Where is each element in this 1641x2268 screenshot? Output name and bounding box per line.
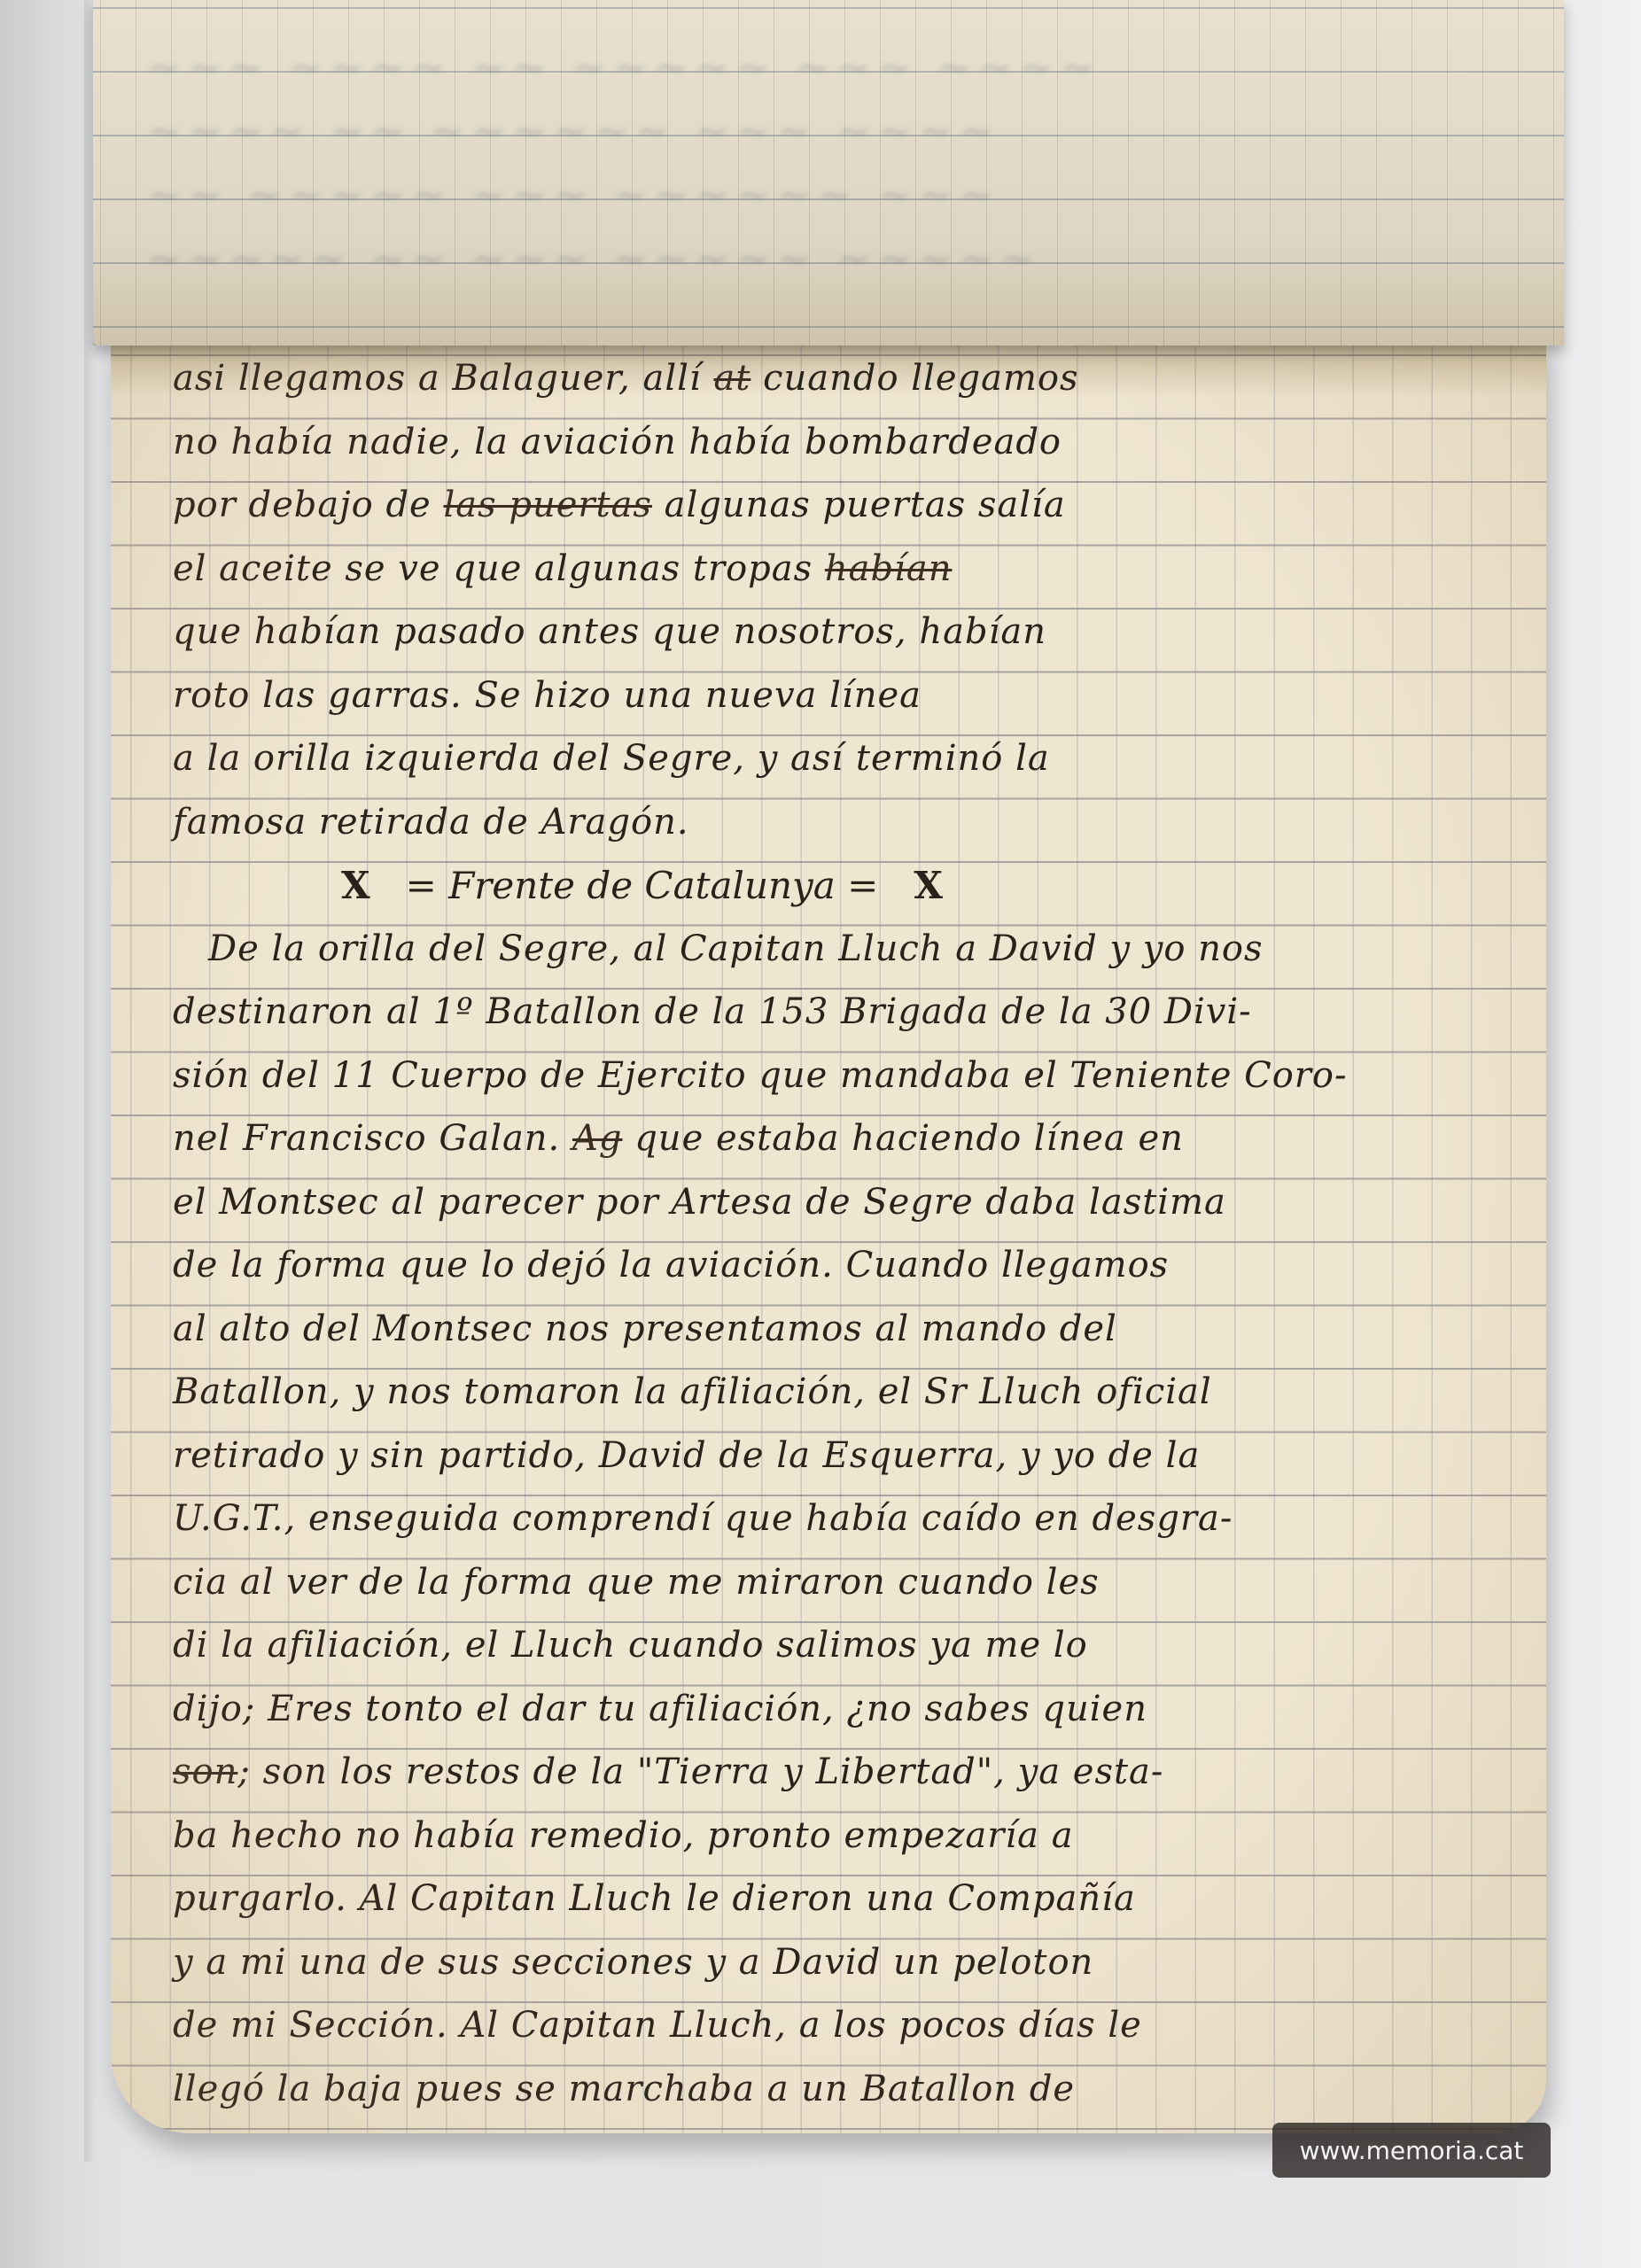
folded-back-page: ~~~ ~~~~ ~~ ~~~~~ ~~~ ~~~~~~~~ ~~ ~~~~~~… xyxy=(93,0,1564,346)
text-line: di la afiliación, el Lluch cuando salimo… xyxy=(173,1614,1520,1678)
struck-word: Ag xyxy=(572,1118,623,1159)
line-text: De la orilla del Segre, al Capitan Lluch… xyxy=(208,928,1264,969)
text-line: son; son los restos de la "Tierra y Libe… xyxy=(173,1741,1520,1805)
line-text: Batallon, y nos tomaron la afiliación, e… xyxy=(173,1371,1212,1412)
line-text: sión del 11 Cuerpo de Ejercito que manda… xyxy=(173,1055,1348,1096)
line-text: el Montsec al parecer por Artesa de Segr… xyxy=(173,1182,1226,1223)
line-text: de la forma que lo dejó la aviación. Cua… xyxy=(173,1245,1169,1285)
line-text: por debajo de xyxy=(173,485,443,525)
line-text: el aceite se ve que algunas tropas xyxy=(173,548,825,589)
text-line: roto las garras. Se hizo una nueva línea xyxy=(173,664,1520,728)
notebook-page: asi llegamos a Balaguer, allí at cuando … xyxy=(111,335,1546,2133)
watermark-text: www.memoria.cat xyxy=(1300,2136,1524,2165)
text-line: famosa retirada de Aragón. xyxy=(173,791,1520,855)
struck-word: las puertas xyxy=(443,485,652,525)
cross-mark-icon: X xyxy=(341,864,370,907)
reverse-side-ghost-text: ~~~ ~~~~ ~~ ~~~~~ ~~~ ~~~~~~~~ ~~ ~~~~~~… xyxy=(146,35,1528,291)
line-text: destinaron al 1º Batallon de la 153 Brig… xyxy=(173,991,1252,1032)
line-text: ba hecho no había remedio, pronto empeza… xyxy=(173,1815,1074,1856)
text-line: dijo; Eres tonto el dar tu afiliación, ¿… xyxy=(173,1678,1520,1742)
text-line: el aceite se ve que algunas tropas había… xyxy=(173,538,1520,602)
text-line: Batallon, y nos tomaron la afiliación, e… xyxy=(173,1361,1520,1425)
line-text: llegó la baja pues se marchaba a un Bata… xyxy=(173,2069,1075,2109)
line-text: roto las garras. Se hizo una nueva línea xyxy=(173,675,922,716)
line-text: purgarlo. Al Capitan Lluch le dieron una… xyxy=(173,1878,1136,1919)
line-text-continued: que estaba haciendo línea en xyxy=(622,1118,1183,1159)
line-text: nel Francisco Galan. xyxy=(173,1118,572,1159)
text-line: ba hecho no había remedio, pronto empeza… xyxy=(173,1805,1520,1868)
text-line: retirado y sin partido, David de la Esqu… xyxy=(173,1425,1520,1488)
text-line: de mi Sección. Al Capitan Lluch, a los p… xyxy=(173,1994,1520,2058)
text-line: De la orilla del Segre, al Capitan Lluch… xyxy=(173,918,1520,982)
handwritten-text-block: asi llegamos a Balaguer, allí at cuando … xyxy=(173,356,1520,2130)
watermark-link[interactable]: www.memoria.cat xyxy=(1272,2123,1551,2178)
line-text: U.G.T., enseguida comprendí que había ca… xyxy=(173,1498,1233,1539)
struck-word: habían xyxy=(825,548,953,589)
line-text: asi llegamos a Balaguer, allí xyxy=(173,358,713,399)
line-text: famosa retirada de Aragón. xyxy=(173,802,689,843)
text-line: sión del 11 Cuerpo de Ejercito que manda… xyxy=(173,1045,1520,1108)
text-line: que habían pasado antes que nosotros, ha… xyxy=(173,601,1520,664)
text-line: el Montsec al parecer por Artesa de Segr… xyxy=(173,1171,1520,1235)
text-line: al alto del Montsec nos presentamos al m… xyxy=(173,1298,1520,1362)
line-text-continued: ; son los restos de la "Tierra y Liberta… xyxy=(237,1751,1163,1792)
text-line: destinaron al 1º Batallon de la 153 Brig… xyxy=(173,981,1520,1045)
text-line: purgarlo. Al Capitan Lluch le dieron una… xyxy=(173,1868,1520,1931)
text-line: cia al ver de la forma que me miraron cu… xyxy=(173,1551,1520,1615)
line-text: de mi Sección. Al Capitan Lluch, a los p… xyxy=(173,2005,1142,2046)
line-text-continued: cuando llegamos xyxy=(751,358,1078,399)
text-line: por debajo de las puertas algunas puerta… xyxy=(173,474,1520,538)
line-text: cia al ver de la forma que me miraron cu… xyxy=(173,1562,1100,1603)
struck-word: at xyxy=(713,358,751,399)
line-text: retirado y sin partido, David de la Esqu… xyxy=(173,1435,1200,1476)
line-text: di la afiliación, el Lluch cuando salimo… xyxy=(173,1625,1088,1666)
line-text: dijo; Eres tonto el dar tu afiliación, ¿… xyxy=(173,1689,1147,1729)
text-line: llegó la baja pues se marchaba a un Bata… xyxy=(173,2058,1520,2122)
section-heading: X= Frente de Catalunya =X xyxy=(173,854,1520,918)
text-line: no había nadie, la aviación había bombar… xyxy=(173,411,1520,475)
cross-mark-icon: X xyxy=(914,864,943,907)
line-text: que habían pasado antes que nosotros, ha… xyxy=(173,611,1046,652)
line-text: a la orilla izquierda del Segre, y así t… xyxy=(173,738,1050,779)
line-text: no había nadie, la aviación había bombar… xyxy=(173,422,1062,462)
text-line: asi llegamos a Balaguer, allí at cuando … xyxy=(173,347,1520,411)
line-text: al alto del Montsec nos presentamos al m… xyxy=(173,1309,1117,1349)
text-line: de la forma que lo dejó la aviación. Cua… xyxy=(173,1234,1520,1298)
text-line: nel Francisco Galan. Ag que estaba hacie… xyxy=(173,1107,1520,1171)
line-text: y a mi una de sus secciones y a David un… xyxy=(173,1942,1093,1983)
line-text-continued: algunas puertas salía xyxy=(652,485,1066,525)
text-line: a la orilla izquierda del Segre, y así t… xyxy=(173,727,1520,791)
text-line: y a mi una de sus secciones y a David un… xyxy=(173,1931,1520,1995)
section-title: = Frente de Catalunya = xyxy=(406,864,879,907)
text-line: U.G.T., enseguida comprendí que había ca… xyxy=(173,1487,1520,1551)
struck-word: son xyxy=(173,1751,237,1792)
